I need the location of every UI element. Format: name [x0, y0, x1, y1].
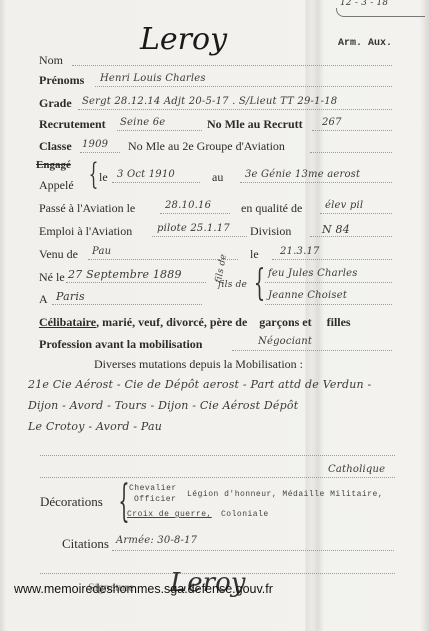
lieu-line [52, 304, 202, 305]
naissance-date-line [66, 282, 206, 283]
personnel-record-card: 12 - 3 - 18 Arm. Aux. Nom Leroy Prénoms … [0, 0, 429, 631]
qualite-line [320, 213, 392, 214]
date-stamp: 12 - 3 - 18 [340, 0, 388, 8]
citations-line [112, 550, 394, 551]
nom-line [72, 65, 392, 66]
engage-date-line [112, 182, 200, 183]
venu-date: 21.3.17 [280, 246, 320, 257]
citations-label: Citations [62, 536, 109, 552]
citations-value: Armée: 30-8-17 [116, 535, 197, 546]
parents-brace-icon: { [254, 264, 265, 304]
nom-label: Nom [39, 53, 63, 68]
groupe-aviation-line [310, 152, 392, 153]
ne-le-label: Né le [39, 270, 65, 285]
lieu-label: A [39, 292, 48, 307]
decorations-label: Décorations [40, 494, 103, 510]
pere-line [265, 282, 392, 283]
engage-label: Engagé [36, 159, 71, 171]
mle-recrutement-line [312, 130, 392, 131]
passe-aviation-line [160, 213, 230, 214]
mle-recrutement-label: No Mle au Recrutt [207, 117, 303, 132]
classe-value: 1909 [82, 139, 108, 150]
appele-label: Appelé [39, 178, 74, 193]
venu-date-line [272, 259, 392, 260]
venu-de-line [88, 259, 238, 260]
prenoms-line [95, 86, 392, 87]
qualite-value: élev pil [325, 200, 363, 211]
recrutement-value: Seine 6e [120, 117, 165, 128]
etat-civil-selected: Célibataire [39, 315, 96, 329]
profession-line [232, 350, 392, 351]
prenoms-label: Prénoms [39, 73, 84, 88]
engage-unit-line [240, 182, 392, 183]
decoration-grade-chevalier: Chevalier [129, 484, 177, 493]
grade-label: Grade [39, 96, 72, 111]
mere-value: Jeanne Choiset [268, 290, 347, 301]
lieu-value: Paris [56, 290, 85, 303]
stamp-underline [336, 8, 425, 17]
nom-value: Leroy [140, 22, 227, 57]
venu-le-label: le [250, 247, 259, 262]
mutation-blank-line-1 [40, 455, 395, 456]
decoration-croix-de-guerre: Croix de guerre, [127, 510, 212, 519]
decoration-grade-officier: Officier [134, 495, 176, 504]
engage-unit: 3e Génie 13me aerost [245, 169, 360, 180]
engage-au-label: au [212, 170, 223, 185]
venu-de-value: Pau [92, 246, 111, 257]
mle-recrutement-value: 267 [322, 117, 342, 128]
recrutement-label: Recrutement [39, 117, 106, 132]
passe-aviation-label: Passé à l'Aviation le [39, 201, 135, 216]
classe-label: Classe [39, 139, 72, 154]
mutations-title: Diverses mutations depuis la Mobilisatio… [94, 357, 303, 372]
mutation-line-1: 21e Cie Aérost - Cie de Dépôt aerost - P… [28, 378, 371, 391]
mutation-blank-line-2 [40, 477, 395, 478]
qualite-label: en qualité de [241, 201, 302, 216]
etat-civil-text: Célibataire, marié, veuf, divorcé, père … [39, 315, 351, 330]
emploi-label: Emploi à l'Aviation [39, 224, 132, 239]
pere-value: feu Jules Charles [268, 268, 358, 279]
fils-de-text: fils de [218, 280, 247, 290]
passe-aviation-date: 28.10.16 [165, 200, 211, 211]
division-value: N 84 [322, 223, 350, 236]
prenoms-value: Henri Louis Charles [100, 73, 206, 84]
grade-line [78, 109, 392, 110]
mutation-line-3: Le Crotoy - Avord - Pau [28, 420, 162, 433]
naissance-date: 27 Septembre 1889 [68, 268, 182, 281]
division-label: Division [250, 224, 291, 239]
decoration-coloniale: Coloniale [221, 510, 269, 519]
grade-value: Sergt 28.12.14 Adjt 20-5-17 . S/Lieut TT… [82, 96, 337, 107]
decoration-line-1: Légion d'honneur, Médaille Militaire, [187, 490, 383, 499]
religion-value: Catholique [328, 464, 385, 475]
mutation-line-2: Dijon - Avord - Tours - Dijon - Cie Aéro… [28, 399, 298, 412]
recrutement-line [117, 130, 202, 131]
profession-value: Négociant [258, 336, 312, 347]
source-watermark: www.memoiredeshommes.sga.defense.gouv.fr [14, 582, 273, 596]
venu-de-label: Venu de [39, 247, 78, 262]
engage-date: 3 Oct 1910 [117, 169, 175, 180]
emploi-line [152, 236, 247, 237]
engage-le-label: le [99, 170, 108, 185]
groupe-aviation-label: No Mle au 2e Groupe d'Aviation [128, 139, 285, 154]
arm-aux-label: Arm. Aux. [338, 38, 392, 49]
profession-label: Profession avant la mobilisation [39, 337, 202, 352]
emploi-value: pilote 25.1.17 [157, 223, 230, 234]
classe-line [80, 152, 120, 153]
division-line [310, 236, 392, 237]
mere-line [265, 304, 392, 305]
engage-brace-icon: { [89, 158, 99, 192]
